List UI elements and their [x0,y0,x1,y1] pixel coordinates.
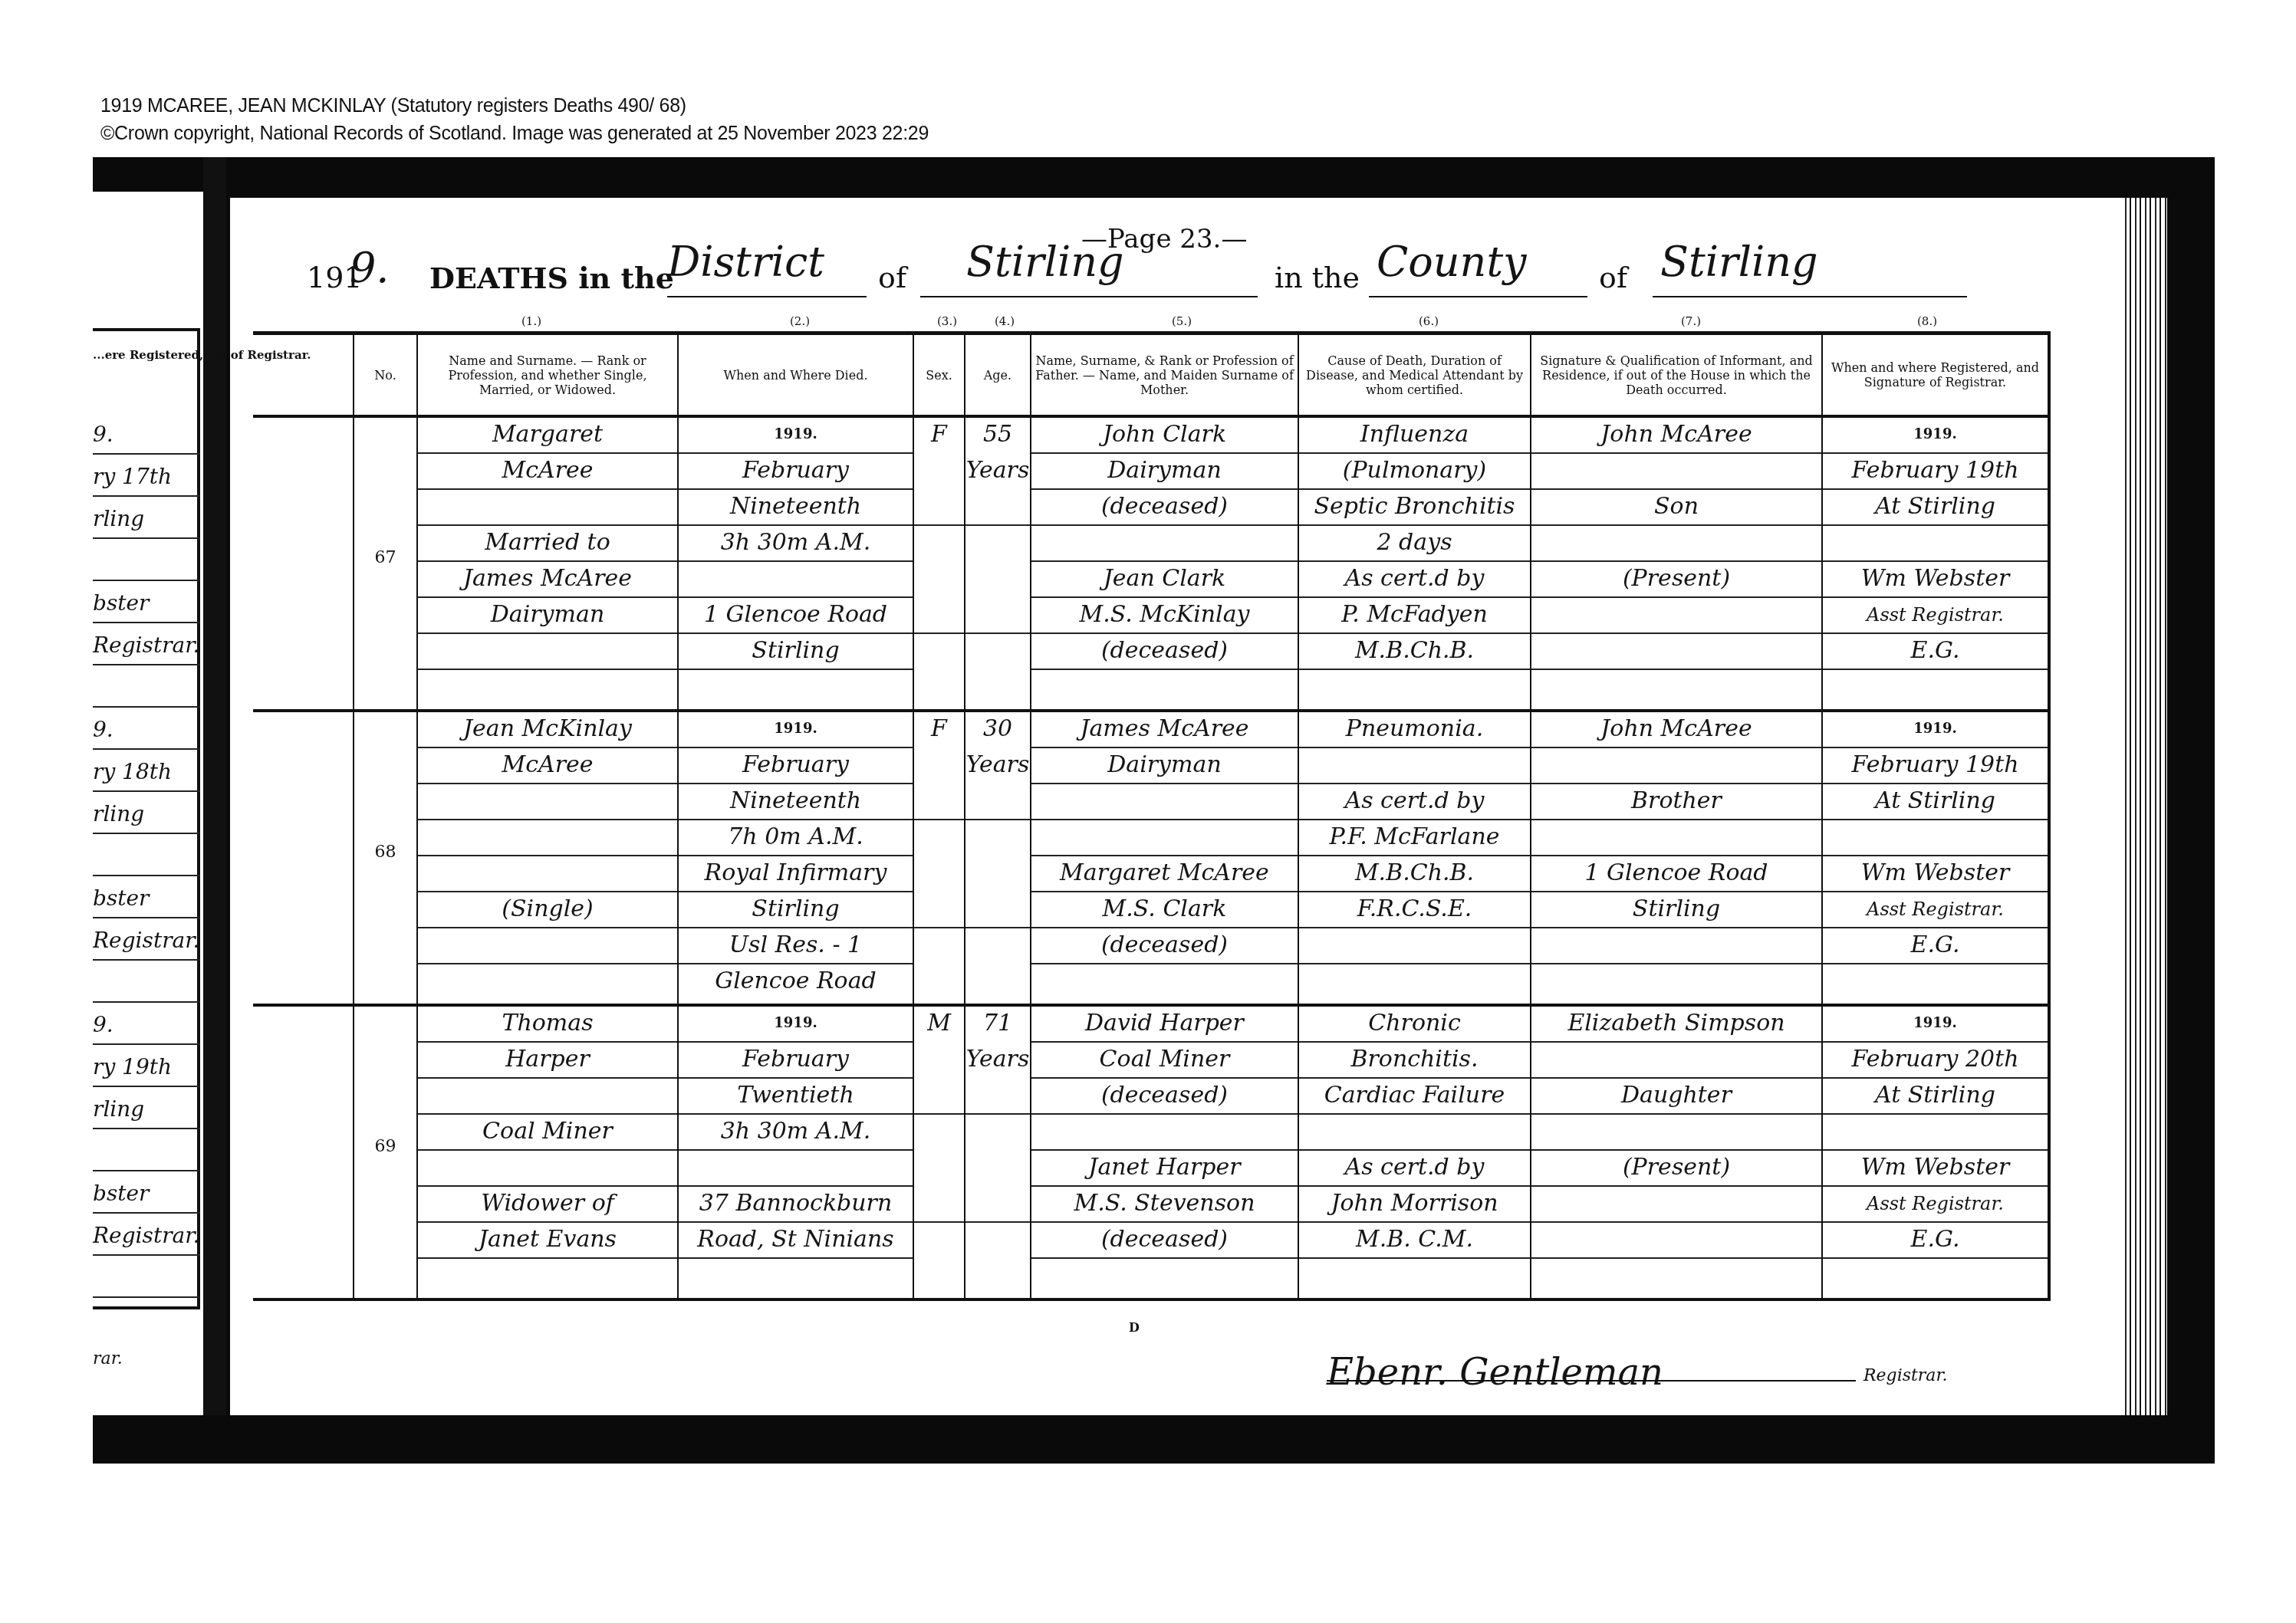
name-line: Dairyman [418,598,677,634]
left-page-line: 9. [93,1008,200,1045]
informant-line [1531,526,1821,562]
cause-line [1299,1115,1530,1151]
header-no: No. [354,333,417,417]
age-line [965,634,1030,670]
sex-line [914,1151,964,1187]
when-where-line: 1919. [679,712,913,748]
registered-line: At Stirling [1823,490,2048,526]
left-page-line: Registrar. [93,1219,200,1256]
left-page-line: bster [93,586,200,623]
informant-cell: Elizabeth SimpsonDaughter(Present) [1531,1007,1821,1298]
cause-line: M.B.Ch.B. [1299,856,1530,892]
sex-line [914,454,964,490]
informant-cell: John McAreeSon(Present) [1531,418,1821,709]
parents-line: Dairyman [1031,454,1298,490]
age-line [965,1079,1030,1115]
age-cell: 55Years [965,418,1030,709]
left-page-line: rling [93,797,200,834]
informant-line: Elizabeth Simpson [1531,1007,1821,1043]
age-line [965,598,1030,634]
name-cell: MargaretMcAreeMarried toJames McAreeDair… [418,418,677,709]
cause-line: M.B.Ch.B. [1299,634,1530,670]
parents-line: Coal Miner [1031,1043,1298,1079]
parents-line: (deceased) [1031,1223,1298,1259]
sex-line [914,1259,964,1295]
age-line: 30 [965,712,1030,748]
parents-line [1031,1115,1298,1151]
record-title: 1919 MCAREE, JEAN MCKINLAY (Statutory re… [100,95,686,117]
left-page-line: bster [93,1177,200,1214]
left-page-line [93,1135,200,1171]
margin-cell [253,712,353,1004]
registered-line: At Stirling [1823,1079,2048,1115]
registered-line [1823,670,2048,706]
when-where-line: Stirling [679,634,913,670]
district-name: Stirling [966,238,1124,286]
page-footer-letter: D [1129,1320,1140,1335]
left-page-line: ry 18th [93,755,200,792]
margin-cell [253,1007,353,1298]
name-line: Thomas [418,1007,677,1043]
cause-line [1299,928,1530,964]
age-line [965,892,1030,928]
name-cell: Jean McKinlayMcAree(Single) [418,712,677,1004]
registered-line: February 19th [1823,748,2048,784]
entry-number-cell: 68 [354,712,416,1004]
parents-cell: David HarperCoal Miner(deceased)Janet Ha… [1031,1007,1298,1298]
informant-line: Brother [1531,784,1821,820]
parents-line: David Harper [1031,1007,1298,1043]
left-page-line [93,839,200,876]
registered-line: February 20th [1823,1043,2048,1079]
informant-line [1531,598,1821,634]
cause-line: F.R.C.S.E. [1299,892,1530,928]
informant-line [1531,1187,1821,1223]
cause-line: As cert.d by [1299,1151,1530,1187]
informant-line [1531,748,1821,784]
parents-line [1031,784,1298,820]
left-page-line: 9. [93,713,200,750]
header-age: Age. [965,333,1031,417]
registered-line: Asst Registrar. [1823,892,2048,928]
cause-line: Bronchitis. [1299,1043,1530,1079]
when-where-cell: 1919.FebruaryNineteenth3h 30m A.M.1 Glen… [679,418,913,709]
name-line: McAree [418,454,677,490]
parents-line [1031,526,1298,562]
cause-line: 2 days [1299,526,1530,562]
margin-cell [253,418,353,709]
entry-number: 68 [354,843,416,862]
parents-line: M.S. Clark [1031,892,1298,928]
registered-line [1823,526,2048,562]
informant-line: John McAree [1531,712,1821,748]
cause-line: P. McFadyen [1299,598,1530,634]
name-line [418,670,677,706]
table-row: 68Jean McKinlayMcAree(Single)1919.Februa… [253,711,2049,1005]
when-where-line: Glencoe Road [679,964,913,1000]
name-line [418,928,677,964]
name-line [418,964,677,1000]
cause-cell: ChronicBronchitis.Cardiac FailureAs cert… [1299,1007,1530,1298]
parents-line: (deceased) [1031,928,1298,964]
sex-line [914,634,964,670]
left-page-line: ry 19th [93,1050,200,1087]
left-page-line: rling [93,502,200,539]
age-line [965,1151,1030,1187]
name-line [418,1151,677,1187]
name-line [418,784,677,820]
cause-line [1299,1259,1530,1295]
registered-line: Asst Registrar. [1823,1187,2048,1223]
left-page-line: 9. [93,418,200,455]
parents-line: John Clark [1031,418,1298,454]
name-line: Margaret [418,418,677,454]
name-line: Coal Miner [418,1115,677,1151]
left-page-footer: rar. [93,1349,123,1368]
when-where-line: Road, St Ninians [679,1223,913,1259]
cause-cell: Influenza(Pulmonary)Septic Bronchitis2 d… [1299,418,1530,709]
informant-line [1531,928,1821,964]
cause-line [1299,748,1530,784]
age-cell: 30Years [965,712,1030,1004]
registered-line: E.G. [1823,634,2048,670]
parents-line: (deceased) [1031,1079,1298,1115]
cause-line: M.B. C.M. [1299,1223,1530,1259]
informant-line [1531,670,1821,706]
sex-line: F [914,712,964,748]
header-registered: When and where Registered, and Signature… [1822,333,2049,417]
registered-line: E.G. [1823,928,2048,964]
informant-line: Son [1531,490,1821,526]
sex-line [914,1115,964,1151]
column-number-2: (2.) [790,314,810,328]
informant-line: 1 Glencoe Road [1531,856,1821,892]
sex-line [914,562,964,598]
registered-cell: 1919.February 19thAt StirlingWm WebsterA… [1823,418,2048,709]
entry-number-cell: 69 [354,1007,416,1298]
registered-line [1823,1115,2048,1151]
cause-line: (Pulmonary) [1299,454,1530,490]
left-page-line: rling [93,1092,200,1129]
left-page-line: Registrar. [93,924,200,961]
age-line [965,820,1030,856]
county-name: Stirling [1660,238,1818,286]
parents-cell: James McAreeDairymanMargaret McAreeM.S. … [1031,712,1298,1004]
column-number-1: (1.) [521,314,541,328]
informant-line: Stirling [1531,892,1821,928]
cause-line: As cert.d by [1299,562,1530,598]
when-where-line: 3h 30m A.M. [679,526,913,562]
age-line [965,1259,1030,1295]
parents-line: Dairyman [1031,748,1298,784]
informant-line: John McAree [1531,418,1821,454]
entry-number-cell: 67 [354,418,416,709]
registered-line: Wm Webster [1823,1151,2048,1187]
when-where-line: 1919. [679,418,913,454]
age-line [965,964,1030,1000]
parents-cell: John ClarkDairyman(deceased)Jean ClarkM.… [1031,418,1298,709]
sex-line [914,598,964,634]
cause-line: Pneumonia. [1299,712,1530,748]
when-where-line: Twentieth [679,1079,913,1115]
registered-line [1823,820,2048,856]
header-parents: Name, Surname, & Rank or Profession of F… [1031,333,1298,417]
informant-line [1531,1115,1821,1151]
informant-line [1531,1259,1821,1295]
informant-line: Daughter [1531,1079,1821,1115]
parents-line: (deceased) [1031,490,1298,526]
when-where-line: February [679,454,913,490]
name-line [418,1079,677,1115]
informant-line: (Present) [1531,1151,1821,1187]
registered-line: At Stirling [1823,784,2048,820]
left-page-bottom-rule [93,1306,200,1309]
name-line: (Single) [418,892,677,928]
parents-line: M.S. Stevenson [1031,1187,1298,1223]
when-where-line: 1919. [679,1007,913,1043]
deaths-label: DEATHS in the [429,261,674,295]
age-line: Years [965,1043,1030,1079]
cause-line: Cardiac Failure [1299,1079,1530,1115]
sex-cell: F [914,712,964,1004]
age-line [965,1187,1030,1223]
when-where-line: February [679,1043,913,1079]
year-suffix: 9. [350,244,390,292]
when-where-line: 7h 0m A.M. [679,820,913,856]
sex-line [914,964,964,1000]
sex-cell: F [914,418,964,709]
registered-line: 1919. [1823,418,2048,454]
name-cell: ThomasHarperCoal MinerWidower ofJanet Ev… [418,1007,677,1298]
age-line [965,856,1030,892]
parents-line: James McAree [1031,712,1298,748]
death-register-table: No. Name and Surname. — Rank or Professi… [253,331,2051,1301]
sex-line [914,1187,964,1223]
age-line: Years [965,454,1030,490]
left-page-line [93,966,200,1003]
age-line [965,1223,1030,1259]
when-where-line: Royal Infirmary [679,856,913,892]
header-informant: Signature & Qualification of Informant, … [1531,333,1822,417]
age-line: 71 [965,1007,1030,1043]
sex-line [914,928,964,964]
sex-line [914,892,964,928]
name-line [418,856,677,892]
parents-line: M.S. McKinlay [1031,598,1298,634]
of-label-1: of [878,261,906,294]
parents-line: (deceased) [1031,634,1298,670]
county-word: County [1377,238,1527,286]
informant-line [1531,820,1821,856]
signature-line [1327,1380,1856,1382]
when-where-line [679,670,913,706]
table-header-row: No. Name and Surname. — Rank or Professi… [253,333,2049,417]
when-where-line: Nineteenth [679,490,913,526]
name-line: Harper [418,1043,677,1079]
name-line: James McAree [418,562,677,598]
sex-line: M [914,1007,964,1043]
column-number-7: (7.) [1681,314,1701,328]
informant-line [1531,964,1821,1000]
when-where-line [679,1151,913,1187]
district-word: District [667,238,824,286]
age-cell: 71Years [965,1007,1030,1298]
registrar-signature: Ebenr. Gentleman [1327,1351,1663,1394]
left-page-line [93,1261,200,1298]
sex-line [914,670,964,706]
age-line [965,1115,1030,1151]
age-line [965,490,1030,526]
registered-line [1823,1259,2048,1295]
registrar-label: Registrar. [1863,1366,1948,1385]
sex-cell: M [914,1007,964,1298]
sex-line [914,856,964,892]
registered-line: Wm Webster [1823,562,2048,598]
when-where-line: Stirling [679,892,913,928]
age-line [965,928,1030,964]
age-line: Years [965,748,1030,784]
name-line [418,820,677,856]
header-cause: Cause of Death, Duration of Disease, and… [1298,333,1531,417]
cause-line: Septic Bronchitis [1299,490,1530,526]
name-line [418,1259,677,1295]
registered-line [1823,964,2048,1000]
cause-line [1299,670,1530,706]
name-line: McAree [418,748,677,784]
registered-line: Wm Webster [1823,856,2048,892]
entry-number: 69 [354,1137,416,1156]
parents-line [1031,820,1298,856]
when-where-line: 1 Glencoe Road [679,598,913,634]
parents-line [1031,964,1298,1000]
when-where-line: Usl Res. - 1 [679,928,913,964]
parents-line [1031,1259,1298,1295]
copyright-notice: ©Crown copyright, National Records of Sc… [100,123,929,145]
parents-line: Janet Harper [1031,1151,1298,1187]
left-page-line: ry 17th [93,460,200,497]
informant-line [1531,454,1821,490]
sex-line [914,1079,964,1115]
age-line [965,670,1030,706]
book-gutter [203,157,226,1415]
age-line: 55 [965,418,1030,454]
cause-line [1299,964,1530,1000]
sex-line [914,1043,964,1079]
name-line [418,490,677,526]
parents-line: Margaret McAree [1031,856,1298,892]
name-line [418,634,677,670]
when-where-line [679,1259,913,1295]
page-edges [2121,198,2167,1415]
age-line [965,526,1030,562]
left-page-line: Registrar. [93,629,200,665]
when-where-line: 37 Bannockburn [679,1187,913,1223]
age-line [965,784,1030,820]
table-row: 67MargaretMcAreeMarried toJames McAreeDa… [253,416,2049,711]
cause-line: P.F. McFarlane [1299,820,1530,856]
informant-cell: John McAreeBrother1 Glencoe RoadStirling [1531,712,1821,1004]
cause-line: John Morrison [1299,1187,1530,1223]
left-page-line [93,671,200,708]
sex-line [914,748,964,784]
when-where-line: 3h 30m A.M. [679,1115,913,1151]
parents-line [1031,670,1298,706]
header-when-where: When and Where Died. [678,333,913,417]
name-line: Janet Evans [418,1223,677,1259]
cause-line: Influenza [1299,418,1530,454]
informant-line [1531,634,1821,670]
sex-line: F [914,418,964,454]
registered-cell: 1919.February 20thAt StirlingWm WebsterA… [1823,1007,2048,1298]
column-number-6: (6.) [1419,314,1439,328]
sex-line [914,1223,964,1259]
table-row: 69ThomasHarperCoal MinerWidower ofJanet … [253,1005,2049,1299]
parents-line: Jean Clark [1031,562,1298,598]
registered-line: 1919. [1823,1007,2048,1043]
name-line: Widower of [418,1187,677,1223]
header-sex: Sex. [913,333,965,417]
name-line: Jean McKinlay [418,712,677,748]
sex-line [914,526,964,562]
registered-line: E.G. [1823,1223,2048,1259]
sex-line [914,784,964,820]
entry-number: 67 [354,548,416,567]
sex-line [914,490,964,526]
column-number-8: (8.) [1917,314,1937,328]
registered-line: Asst Registrar. [1823,598,2048,634]
of-label-2: of [1599,261,1627,294]
when-where-cell: 1919.FebruaryNineteenth7h 0m A.M.Royal I… [679,712,913,1004]
age-line [965,562,1030,598]
column-number-3: (3.) [937,314,957,328]
when-where-line: February [679,748,913,784]
left-page-top-rule [93,328,200,331]
registered-cell: 1919.February 19thAt StirlingWm WebsterA… [1823,712,2048,1004]
informant-line: (Present) [1531,562,1821,598]
when-where-line: Nineteenth [679,784,913,820]
registered-line: February 19th [1823,454,2048,490]
sex-line [914,820,964,856]
cause-line: As cert.d by [1299,784,1530,820]
cause-line: Chronic [1299,1007,1530,1043]
column-number-5: (5.) [1172,314,1192,328]
informant-line [1531,1223,1821,1259]
registered-line: 1919. [1823,712,2048,748]
in-the-label: in the [1275,261,1360,294]
informant-line [1531,1043,1821,1079]
column-number-4: (4.) [995,314,1015,328]
when-where-line [679,562,913,598]
name-line: Married to [418,526,677,562]
blank-margin-header [253,333,354,417]
cause-cell: Pneumonia.As cert.d byP.F. McFarlaneM.B.… [1299,712,1530,1004]
left-page-line [93,544,200,581]
left-page-line: bster [93,882,200,918]
header-name: Name and Surname. — Rank or Profession, … [417,333,678,417]
when-where-cell: 1919.FebruaryTwentieth3h 30m A.M.37 Bann… [679,1007,913,1298]
